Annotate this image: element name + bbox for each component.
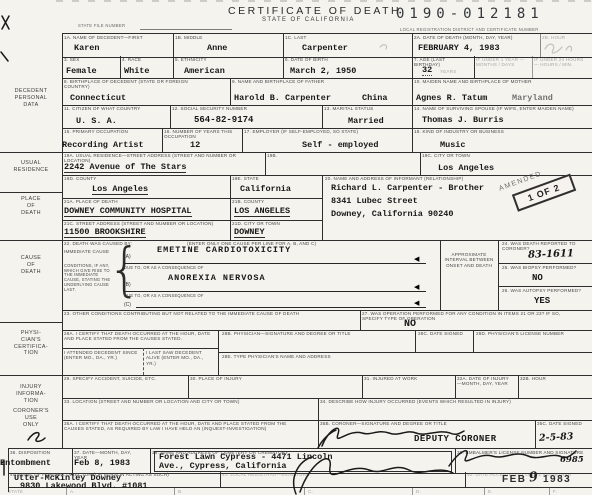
row-disposition: 36. DISPOSITION Entombment 37. DATE—MONT… (8, 448, 592, 474)
informant-street: 8341 Lubec Street (331, 196, 418, 206)
field-9-value: Harold B. Carpenter (234, 93, 331, 103)
field-10-label: 10. MAIDEN NAME AND BIRTHPLACE OF MOTHER (414, 79, 584, 84)
margin-mark (1, 52, 8, 61)
field-35a: 35A. I CERTIFY THAT DEATH OCCURRED AT TH… (62, 420, 319, 448)
certificate-form: 1A. NAME OF DECEDENT—FIRST Karen 1B. MID… (62, 33, 592, 495)
bottom-col-label: D. (416, 489, 421, 494)
field-35c-label: 35C. DATE SIGNED (537, 421, 582, 426)
field-3-value: Female (66, 66, 97, 76)
field-33-label: 33. LOCATION (STREET AND NUMBER OR LOCAT… (64, 399, 304, 404)
field-1b-label: 1B. MIDDLE (175, 35, 203, 40)
field-38: 38. NAME AND ADDRESS OF CEMETERY OR CREM… (150, 449, 456, 473)
field-10: 10. MAIDEN NAME AND BIRTHPLACE OF MOTHER… (412, 78, 592, 105)
field-40: 40. NAME OF FUNERAL DIRECTOR (OR PERSON … (8, 472, 221, 487)
field-19b: 19B. (265, 152, 421, 175)
field-8-label: 8. BIRTHPLACE OF DECEDENT (STATE OR FORE… (64, 79, 214, 90)
field-35b: 35B. CORONER—SIGNATURE AND DEGREE OR TIT… (318, 420, 536, 448)
field-2a-value: FEBRUARY 4, 1983 (418, 43, 500, 53)
field-19c-value: Los Angeles (438, 163, 494, 173)
field-36-label: 36. DISPOSITION (10, 450, 50, 455)
field-29-label: 29. SPECIFY ACCIDENT, SUICIDE, ETC. (64, 376, 182, 381)
field-28e-label: 28E. TYPE PHYSICIAN'S NAME AND ADDRESS (222, 354, 442, 359)
row-residence-street: 19A. USUAL RESIDENCE—STREET ADDRESS (STR… (62, 152, 592, 176)
field-1a-value: Karen (74, 43, 100, 53)
field-21b-label: 21B. COUNTY (232, 199, 264, 204)
field-4: 4. RACE White (120, 56, 174, 78)
sidebar-divider (0, 375, 62, 376)
section-label-physician: PHYSI- CIAN'S CERTIFICA- TION (4, 330, 58, 357)
section-label-coroner: CORONER'S USE ONLY (4, 408, 58, 428)
field-21b-value: LOS ANGELES (234, 206, 290, 217)
field-1a: 1A. NAME OF DECEDENT—FIRST Karen (62, 34, 174, 57)
field-17: 17. EMPLOYER (IF SELF-EMPLOYED, SO STATE… (242, 128, 413, 152)
sidebar-divider (0, 192, 62, 193)
field-11: 11. CITIZEN OF WHAT COUNTRY U. S. A. (62, 105, 171, 128)
row-residence-county: 19D. COUNTY Los Angeles 19E. STATE Calif… (62, 175, 322, 199)
row-other-conditions: 23. OTHER CONDITIONS CONTRIBUTING BUT NO… (62, 310, 592, 331)
field-23-label: 23. OTHER CONDITIONS CONTRIBUTING BUT NO… (64, 311, 344, 316)
certificate-title: CERTIFICATE OF DEATH (228, 5, 401, 17)
field-1c: 1C. LAST Carpenter (283, 34, 413, 57)
field-3: 3. SEX Female (62, 56, 121, 78)
field-16-value: 12 (190, 140, 200, 150)
field-41: 41. LOCAL REGISTRAR—SIGNATURE (220, 472, 466, 487)
field-21d: 21D. CITY OR TOWN DOWNEY (230, 220, 322, 240)
field-8-value: Connecticut (70, 93, 126, 103)
cause-line-arrow-icon: ◀ (414, 256, 419, 263)
registrar-date-year: 1983 (543, 474, 571, 485)
coroner-use-scribble (28, 433, 45, 442)
coroner-box-divider (498, 286, 592, 287)
field-16: 16. NUMBER OF YEARS THIS OCCUPATION 12 (162, 128, 243, 152)
due-to-label-2: DUE TO, OR AS A CONSEQUENCE OF (124, 294, 204, 299)
certificate-subtitle: STATE OF CALIFORNIA (262, 17, 355, 23)
bottom-col-divider (304, 488, 305, 495)
field-30: 30. PLACE OF INJURY (188, 375, 363, 398)
field-27-value: NO (404, 319, 416, 330)
bottom-col-divider (484, 488, 485, 495)
field-21a-value: DOWNEY COMMUNITY HOSPITAL (64, 206, 192, 217)
cause-tag-a: (A) (124, 254, 131, 260)
cause-line-a-rule (124, 263, 426, 264)
field-31: 31. INJURED AT WORK (362, 375, 456, 398)
registration-number-stamp: 0190-012181 (396, 6, 544, 22)
row-sex-race: 3. SEX Female 4. RACE White 5. ETHNICITY… (62, 56, 592, 79)
bottom-col-divider (549, 488, 550, 495)
field-7-value: 32 (422, 65, 432, 76)
cause-line-b-value: ANOREXIA NERVOSA (168, 273, 266, 283)
informant-city: Downey, California 90240 (331, 209, 453, 219)
section-label-residence: USUAL RESIDENCE (4, 160, 58, 174)
field-24-value: 83-1611 (528, 248, 574, 261)
field-29: 29. SPECIFY ACCIDENT, SUICIDE, ETC. (62, 375, 189, 398)
field-6: 6. DATE OF BIRTH March 2, 1950 (283, 56, 413, 78)
field-1a-label: 1A. NAME OF DECEDENT—FIRST (64, 35, 143, 40)
field-1c-label: 1C. LAST (285, 35, 307, 40)
cause-line-a-value: EMETINE CARDIOTOXICITY (157, 245, 291, 255)
field-36: 36. DISPOSITION Entombment (8, 449, 73, 473)
field-37-value: Feb 8, 1983 (74, 458, 130, 468)
field-35c-value: 2-5-83 (539, 431, 574, 444)
field-15-value: Recording Artist (62, 140, 144, 150)
field-9-birthplace-value: China (362, 93, 388, 103)
field-35b-label: 35B. CORONER—SIGNATURE AND DEGREE OR TIT… (320, 421, 520, 426)
field-10-birthplace-value: Maryland (512, 93, 553, 103)
field-34-label: 34. DESCRIBE HOW INJURY OCCURRED (EVENTS… (320, 399, 580, 404)
field-7: 7. AGE (LAST BIRTHDAY) 32 YEARS (412, 56, 475, 78)
field-19a-value: 2242 Avenue of The Stars (64, 162, 186, 173)
field-1c-value: Carpenter (302, 43, 348, 53)
cause-tag-b: (B) (124, 282, 131, 288)
field-32b: 32B. HOUR (518, 375, 592, 398)
cemetery-line-2: Ave., Cypress, California (159, 461, 287, 471)
field-21a: 21A. PLACE OF DEATH DOWNEY COMMUNITY HOS… (62, 198, 231, 220)
field-9: 9. NAME AND BIRTHPLACE OF FATHER Harold … (230, 78, 413, 105)
deputy-coroner-title: DEPUTY CORONER (414, 434, 497, 444)
row-birthplace-parents: 8. BIRTHPLACE OF DECEDENT (STATE OR FORE… (62, 78, 592, 106)
field-19e-label: 19E. STATE (232, 176, 259, 181)
registrar-date-month: FEB (502, 474, 527, 485)
field-32a: 32A. DATE OF INJURY—MONTH, DAY, YEAR (455, 375, 519, 398)
row-occupation: 15. PRIMARY OCCUPATION Recording Artist … (62, 128, 592, 153)
row-injury: 29. SPECIFY ACCIDENT, SUICIDE, ETC. 30. … (62, 375, 592, 399)
field-7-sub: IF UNDER 1 YEAR — MONTHS / DAYS IF UNDER… (474, 56, 592, 78)
due-to-label-1: DUE TO, OR AS A CONSEQUENCE OF (124, 266, 204, 271)
bottom-col-divider (174, 488, 175, 495)
field-13-label: 13. MARITAL STATUS (324, 106, 373, 111)
field-8: 8. BIRTHPLACE OF DECEDENT (STATE OR FORE… (62, 78, 231, 105)
state-file-number-label: STATE FILE NUMBER (78, 23, 125, 28)
cause-line-arrow-icon: ◀ (414, 284, 419, 291)
field-28a-divider (62, 348, 218, 349)
section-label-injury: INJURY INFORMA- TION (4, 384, 58, 404)
field-21c: 21C. STREET ADDRESS (STREET AND NUMBER O… (62, 220, 231, 240)
field-6-label: 6. DATE OF BIRTH (285, 57, 328, 62)
field-12-label: 12. SOCIAL SECURITY NUMBER (172, 106, 247, 111)
sidebar-divider (0, 240, 62, 241)
field-19c-label: 19C. CITY OR TOWN (422, 153, 470, 158)
bottom-col-divider (66, 488, 67, 495)
field-12-value: 564-82-9174 (194, 115, 253, 125)
row-cause-of-death: 22. DEATH WAS CAUSED BY: (ENTER ONLY ONE… (62, 240, 592, 311)
cause-line-b-rule (124, 291, 426, 292)
field-19d: 19D. COUNTY Los Angeles (62, 175, 231, 198)
field-28c-left-border (415, 330, 416, 352)
field-28e-divider (218, 352, 592, 353)
state-file-number-line (140, 29, 232, 30)
field-2a: 2A. DATE OF DEATH (MONTH, DAY, YEAR) FEB… (412, 34, 541, 57)
field-13-value: Married (348, 116, 384, 126)
field-11-label: 11. CITIZEN OF WHAT COUNTRY (64, 106, 164, 111)
field-10-value: Agnes R. Tatum (416, 93, 487, 103)
row-coroner-certification: 35A. I CERTIFY THAT DEATH OCCURRED AT TH… (62, 420, 592, 448)
row-death-street: 21C. STREET ADDRESS (STREET AND NUMBER O… (62, 220, 322, 241)
field-27-label: 27. WAS OPERATION PERFORMED FOR ANY COND… (362, 311, 582, 322)
row-citizen-ssn: 11. CITIZEN OF WHAT COUNTRY U. S. A. 12.… (62, 105, 592, 129)
field-2b: 2B. HOUR (540, 34, 592, 57)
field-19d-value: Los Angeles (92, 184, 148, 195)
field-18-value: Music (440, 140, 466, 150)
field-2a-label: 2A. DATE OF DEATH (MONTH, DAY, YEAR) (414, 35, 534, 40)
field-11-value: U. S. A. (76, 116, 117, 126)
row-injury-location: 33. LOCATION (STREET AND NUMBER OR LOCAT… (62, 398, 592, 421)
field-16-label: 16. NUMBER OF YEARS THIS OCCUPATION (164, 129, 236, 140)
field-19b-label: 19B. (267, 153, 277, 158)
field-30-label: 30. PLACE OF INJURY (190, 376, 242, 381)
field-21d-value: DOWNEY (234, 227, 265, 238)
field-26-value: YES (534, 296, 550, 306)
field-3-label: 3. SEX (64, 57, 80, 62)
field-1b: 1B. MIDDLE Anne (173, 34, 284, 57)
field-26-label: 26. WAS AUTOPSY PERFORMED? (502, 288, 588, 293)
bottom-col-label: A. (70, 489, 75, 494)
row-registrar: 40. NAME OF FUNERAL DIRECTOR (OR PERSON … (8, 472, 592, 488)
field-21a-label: 21A. PLACE OF DEATH (64, 199, 118, 204)
field-14: 14. NAME OF SURVIVING SPOUSE (IF WIFE, E… (412, 105, 592, 128)
field-1b-value: Anne (207, 43, 227, 53)
field-18: 18. KIND OF INDUSTRY OR BUSINESS Music (412, 128, 592, 152)
field-28d-label: 28D. PHYSICIAN'S LICENSE NUMBER (476, 331, 588, 336)
field-19e-value: California (240, 184, 291, 194)
field-19e: 19E. STATE California (230, 175, 322, 198)
field-32a-label: 32A. DATE OF INJURY—MONTH, DAY, YEAR (457, 376, 513, 387)
field-28a: 28A. I CERTIFY THAT DEATH OCCURRED AT TH… (62, 330, 219, 375)
field-15: 15. PRIMARY OCCUPATION Recording Artist (62, 128, 163, 152)
bottom-col-label: F. (553, 489, 557, 494)
bottom-col-divider (412, 488, 413, 495)
row-name-date: 1A. NAME OF DECEDENT—FIRST Karen 1B. MID… (62, 33, 592, 58)
cause-side-note: CONDITIONS, IF ANY, WHICH GIVE RISE TO T… (64, 264, 112, 292)
row-place-of-death: 21A. PLACE OF DEATH DOWNEY COMMUNITY HOS… (62, 198, 322, 221)
section-label-cause: CAUSE OF DEATH (4, 255, 58, 275)
bottom-col-label: E. (488, 489, 493, 494)
bottom-col-label: C. (308, 489, 313, 494)
field-23: 23. OTHER CONDITIONS CONTRIBUTING BUT NO… (62, 310, 361, 330)
cause-line-c-rule (136, 307, 426, 308)
field-41-label: 41. LOCAL REGISTRAR—SIGNATURE (222, 472, 382, 477)
field-14-value: Thomas J. Burris (422, 115, 504, 125)
field-7-unit-label: YEARS (440, 69, 457, 74)
field-37: 37. DATE—MONTH, DAY, YEAR Feb 8, 1983 (72, 449, 151, 473)
bottom-partial-row: STATE A. B. C. D. E. F. (8, 488, 592, 495)
field-33: 33. LOCATION (STREET AND NUMBER OR LOCAT… (62, 398, 319, 420)
field-25-label: 25. WAS BIOPSY PERFORMED? (502, 265, 588, 270)
registrar-date-day: 9 (528, 469, 539, 485)
field-27: 27. WAS OPERATION PERFORMED FOR ANY COND… (360, 310, 592, 330)
field-5-value: American (184, 66, 225, 76)
field-19a: 19A. USUAL RESIDENCE—STREET ADDRESS (STR… (62, 152, 266, 175)
field-18-label: 18. KIND OF INDUSTRY OR BUSINESS (414, 129, 504, 134)
coroner-box-divider (498, 263, 592, 264)
informant-name: Richard L. Carpenter - Brother (331, 183, 484, 193)
field-2b-label: 2B. HOUR (542, 35, 565, 40)
local-registration-label: LOCAL REGISTRATION DISTRICT AND CERTIFIC… (400, 27, 570, 32)
field-28a-sub-divider (143, 348, 145, 375)
field-28b-label: 28B. PHYSICIAN—SIGNATURE AND DEGREE OR T… (222, 331, 402, 336)
field-28a-sub1-label: I ATTENDED DECEDENT SINCE (ENTER MO., DA… (64, 350, 138, 361)
field-5: 5. ETHNICITY American (173, 56, 284, 78)
death-certificate-document: CERTIFICATE OF DEATH STATE OF CALIFORNIA… (0, 0, 592, 495)
bottom-col-label: B. (178, 489, 183, 494)
interval-label: APPROXIMATE INTERVAL BETWEEN ONSET AND D… (443, 252, 495, 268)
embalmer-license-number: 6985 (560, 455, 584, 465)
immediate-cause-label: IMMEDIATE CAUSE (64, 249, 109, 254)
sidebar-divider (0, 322, 62, 323)
scan-artifact-top (56, 0, 592, 2)
field-25-value: NO (532, 273, 543, 283)
cause-tag-c: (C) (124, 302, 131, 308)
margin-mark (2, 16, 9, 29)
field-28d-left-border (473, 330, 474, 352)
field-34: 34. DESCRIBE HOW INJURY OCCURRED (EVENTS… (318, 398, 592, 420)
field-17-value: Self - employed (302, 140, 379, 150)
section-label-decedent: DECEDENT PERSONAL DATA (4, 88, 58, 108)
interval-column-right-border (498, 240, 499, 310)
field-7b-label: IF UNDER 1 YEAR — MONTHS / DAYS (476, 57, 528, 68)
field-28a-label: 28A. I CERTIFY THAT DEATH OCCURRED AT TH… (64, 331, 212, 342)
field-7-sub-divider (532, 56, 533, 78)
field-15-label: 15. PRIMARY OCCUPATION (64, 129, 128, 134)
field-32b-label: 32B. HOUR (520, 376, 546, 381)
field-14-label: 14. NAME OF SURVIVING SPOUSE (IF WIFE, E… (414, 106, 584, 111)
field-21d-label: 21D. CITY OR TOWN (232, 221, 280, 226)
section-label-place: PLACE OF DEATH (4, 196, 58, 216)
field-19d-label: 19D. COUNTY (64, 176, 97, 181)
cause-line-arrow-icon: ◀ (414, 300, 419, 307)
field-13: 13. MARITAL STATUS Married (322, 105, 413, 128)
field-28c-label: 28C. DATE SIGNED (418, 331, 470, 336)
field-35a-label: 35A. I CERTIFY THAT DEATH OCCURRED AT TH… (64, 421, 308, 432)
field-6-value: March 2, 1950 (290, 66, 356, 76)
cemetery-address-box: Forest Lawn Cypress - 4471 Lincoln Ave.,… (154, 451, 452, 472)
field-9-label: 9. NAME AND BIRTHPLACE OF FATHER (232, 79, 402, 84)
bottom-state-label: STATE (8, 489, 23, 494)
field-5-label: 5. ETHNICITY (175, 57, 207, 62)
field-4-label: 4. RACE (122, 57, 141, 62)
field-35c: 35C. DATE SIGNED 2-5-83 (535, 420, 592, 448)
interval-column-left-border (440, 240, 441, 310)
field-28a-sub2-label: I LAST SAW DECEDENT ALIVE (ENTER MO., DA… (146, 350, 214, 366)
field-4-value: White (124, 66, 150, 76)
field-17-label: 17. EMPLOYER (IF SELF-EMPLOYED, SO STATE… (244, 129, 404, 134)
field-12: 12. SOCIAL SECURITY NUMBER 564-82-9174 (170, 105, 323, 128)
field-42: 42. DATE ACCEPTED BY LOCAL REGISTRAR FEB… (465, 472, 592, 487)
field-7c-label: IF UNDER 24 HOURS — HOURS / MIN. (534, 57, 588, 68)
field-36-value: Entombment (0, 458, 51, 468)
field-21b: 21B. COUNTY LOS ANGELES (230, 198, 322, 220)
field-31-label: 31. INJURED AT WORK (364, 376, 417, 381)
field-21c-label: 21C. STREET ADDRESS (STREET AND NUMBER O… (64, 221, 224, 226)
sidebar-divider (0, 152, 62, 153)
field-39: 39. EMBALMER'S LICENSE NUMBER AND SIGNAT… (455, 449, 592, 473)
row-physician-certification: 28A. I CERTIFY THAT DEATH OCCURRED AT TH… (62, 330, 592, 376)
